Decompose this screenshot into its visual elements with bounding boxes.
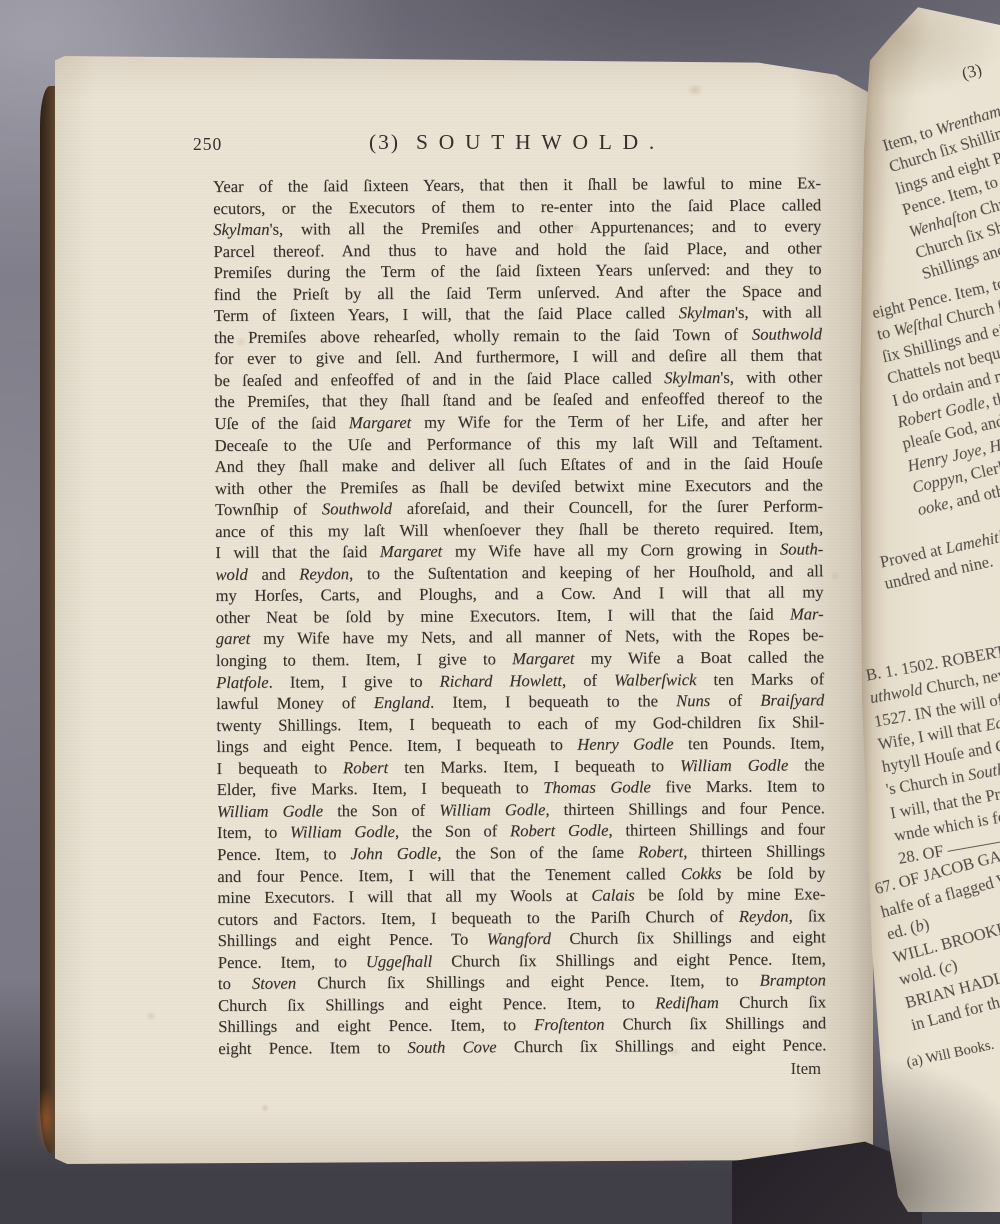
text-line: mine Executors. I will that all my Wools… <box>217 883 825 908</box>
left-page: 250 (3)SOUTHWOLD. Year of the ſaid ſixte… <box>55 56 873 1164</box>
text-line: eight Pence. Item to South Cove Church ſ… <box>218 1034 826 1059</box>
text-line: Year of the ſaid ſixteen Years, that the… <box>213 172 821 197</box>
right-page-text-group: B. 1. 1502. ROBERT Guthwold Church, neve… <box>864 635 1000 870</box>
book-photograph: 250 (3)SOUTHWOLD. Year of the ſaid ſixte… <box>0 0 1000 1224</box>
page-title: SOUTHWOLD. <box>416 130 665 154</box>
text-line: longing to them. Item, I give to Margare… <box>216 646 824 671</box>
right-page-text-group: Item, to Wrentham ChuChurch ſix Shilling… <box>880 91 1000 286</box>
footnote: (a) Will Books. <box>905 1037 996 1072</box>
text-line: Uſe of the ſaid Margaret my Wife for the… <box>214 409 822 434</box>
right-page-text-group: eight Pence. Item, toto Weſthal Church ſ… <box>870 266 1000 521</box>
catchword: Item <box>213 1059 821 1079</box>
running-head: (3)SOUTHWOLD. <box>213 130 821 155</box>
right-page-curled: (3) Item, to Wrentham ChuChurch ſix Shil… <box>858 0 1000 1212</box>
text-line: Pence. Item, to John Godle, the Son of t… <box>217 840 825 865</box>
right-page-text-group: 67. OF JACOB GARAhalfe of a flagged Weed… <box>872 837 1000 1037</box>
leather-edge-stain <box>36 1086 56 1152</box>
body-text-block: Year of the ſaid ſixteen Years, that the… <box>213 172 826 1059</box>
right-page-text-group: Proved at Lamehith,undred and nine. <box>878 524 1000 596</box>
section-mark: (3) <box>960 60 984 84</box>
section-mark: (3) <box>369 130 400 154</box>
